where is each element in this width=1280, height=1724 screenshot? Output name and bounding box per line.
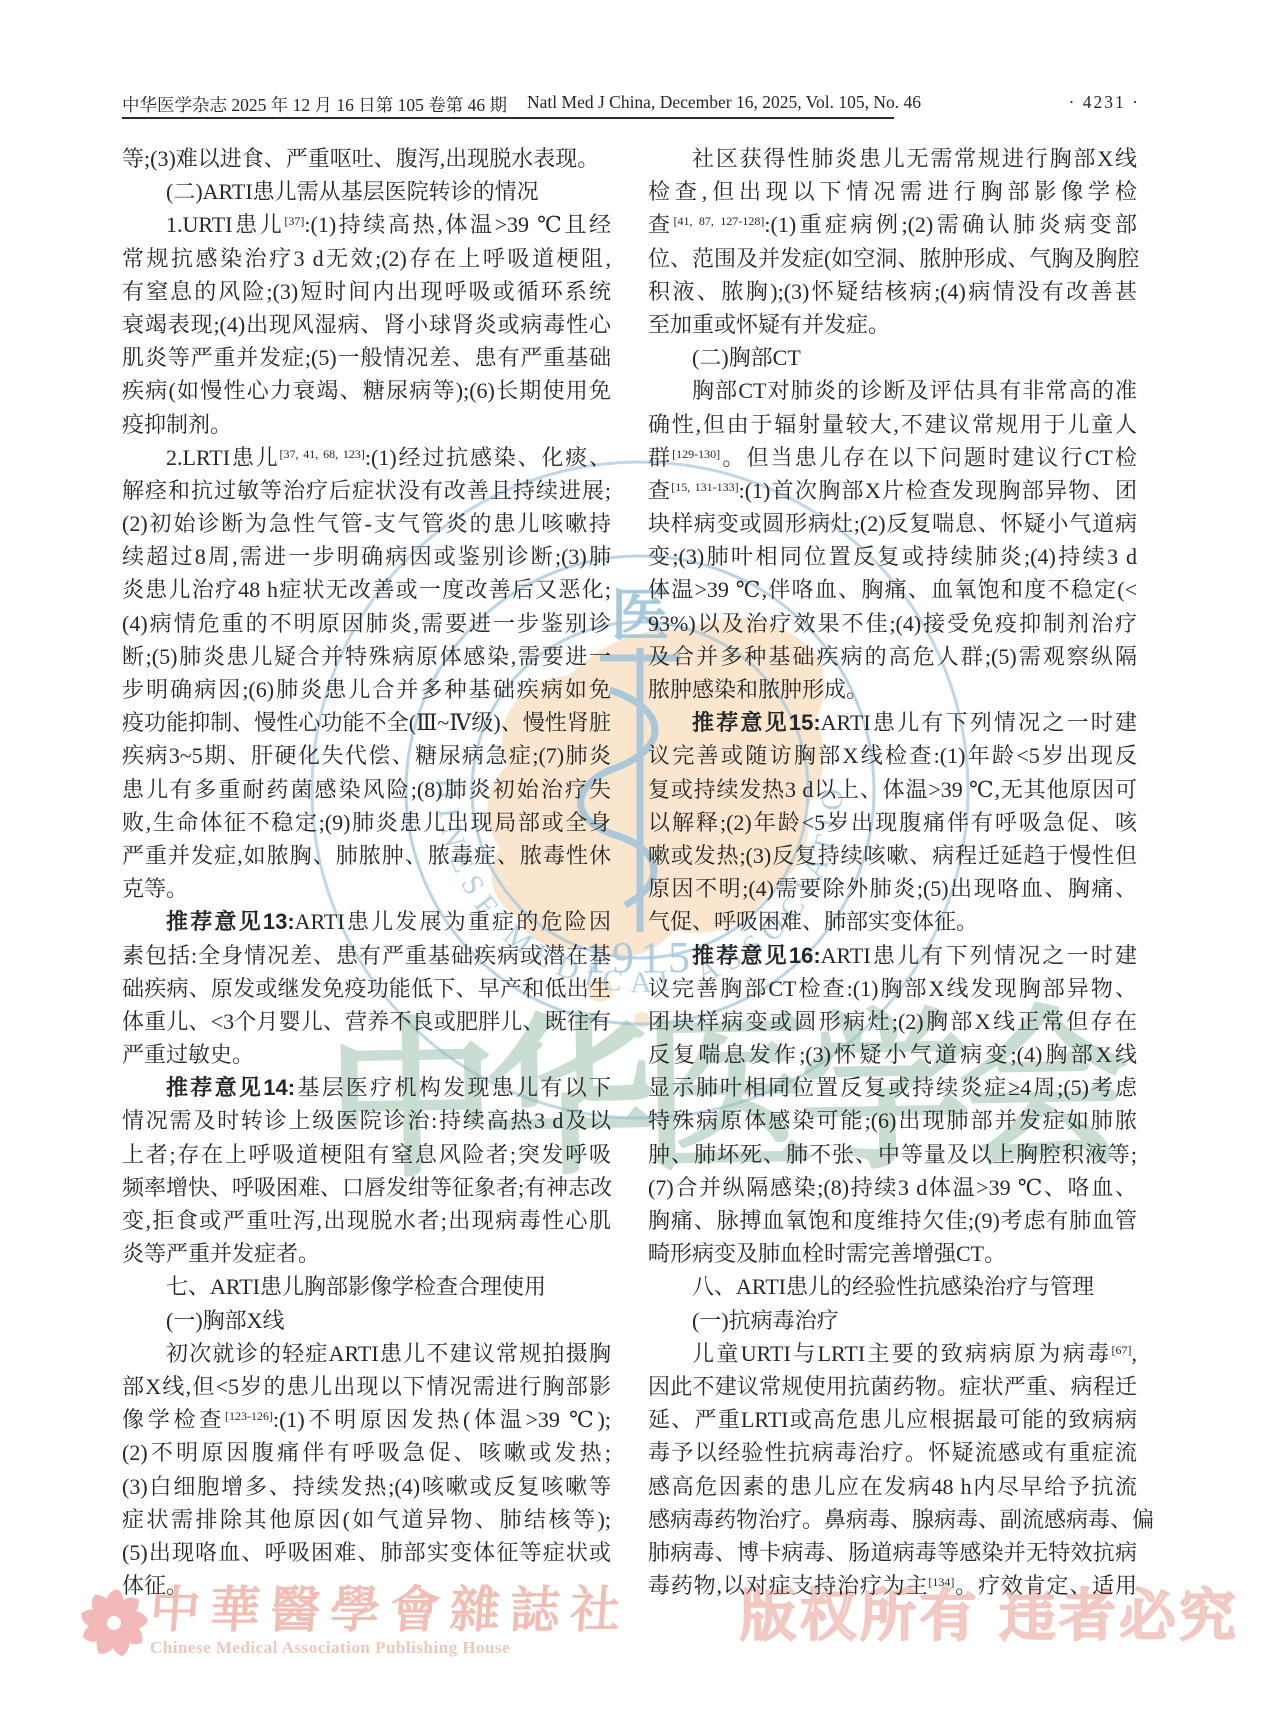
reference-superscript: [37, 41, 68, 123]	[280, 447, 365, 461]
text-run: 2.LRTI患儿	[166, 445, 280, 470]
text-line: 查[41, 87, 127-128]:(1)重症病例;(2)需确认肺炎病变部	[648, 208, 1137, 241]
text-line: 儿童URTI与LRTI主要的致病病原为病毒[67],	[648, 1337, 1137, 1370]
page-header: 中华医学杂志 2025 年 12 月 16 日第 105 卷第 46 期 Nat…	[122, 92, 1042, 117]
text-run: 断;(5)肺炎患儿疑合并特殊病原体感染,需要进一	[122, 644, 611, 669]
text-run: 解痉和抗过敏等治疗后症状没有改善且持续进展;	[122, 478, 611, 503]
text-run: (5)出现咯血、呼吸困难、肺部实变体征等症状或	[122, 1540, 611, 1565]
text-line: 体征。	[122, 1569, 611, 1602]
text-run: ARTI患儿有下列情况之一时建	[821, 943, 1137, 968]
text-line: 步明确病因;(6)肺炎患儿合并多种基础疾病如免	[122, 673, 611, 706]
text-run: 体重儿、<3个月婴儿、营养不良或肥胖儿、既往有	[122, 1009, 611, 1034]
text-run: 等;(3)难以进食、严重呕吐、腹泻,出现脱水表现。	[122, 146, 599, 171]
text-line: 部X线,但<5岁的患儿出现以下情况需进行胸部影	[122, 1370, 611, 1403]
text-run: 至加重或怀疑有并发症。	[648, 312, 890, 337]
text-line: 肿、肺坏死、肺不张、中等量及以上胸腔积液等;	[648, 1138, 1137, 1171]
text-run: 位、范围及并发症(如空洞、脓肿形成、气胸及胸腔	[648, 246, 1139, 271]
text-run: 情况需及时转诊上级医院诊治:持续高热3 d及以	[122, 1108, 611, 1133]
text-line: 炎患儿治疗48 h症状无改善或一度改善后又恶化;	[122, 573, 611, 606]
text-run: 变,拒食或严重吐泻,出现脱水者;出现病毒性心肌	[122, 1208, 611, 1233]
text-line: 毒予以经验性抗病毒治疗。怀疑流感或有重症流	[648, 1436, 1137, 1469]
text-line: 群[129-130]。但当患儿存在以下问题时建议行CT检	[648, 441, 1137, 474]
text-line: 延、严重LRTI或高危患儿应根据最可能的致病病	[648, 1403, 1137, 1436]
text-line: 疾病3~5期、肝硬化失代偿、糖尿病急症;(7)肺炎	[122, 739, 611, 772]
text-line: (二)ARTI患儿需从基层医院转诊的情况	[122, 175, 611, 208]
text-run: 础疾病、原发或继发免疫功能低下、早产和低出生	[122, 976, 611, 1001]
text-line: (二)胸部CT	[648, 341, 1137, 374]
page-number: · 4231 ·	[1069, 92, 1140, 113]
text-run: 气促、呼吸困难、肺部实变体征。	[648, 909, 978, 934]
text-line: 断;(5)肺炎患儿疑合并特殊病原体感染,需要进一	[122, 640, 611, 673]
text-line: 胸痛、脉搏血氧饱和度维持欠佳;(9)考虑有肺血管	[648, 1204, 1137, 1237]
reference-superscript: [67]	[1112, 1343, 1132, 1357]
reference-superscript: [15, 131-133]	[671, 480, 738, 494]
text-line: (2)不明原因腹痛伴有呼吸急促、咳嗽或发热;	[122, 1436, 611, 1469]
text-run: 畸形病变及肺血栓时需完善增强CT。	[648, 1241, 1006, 1266]
text-run: 群	[648, 445, 672, 470]
text-run: 1.URTI患儿	[166, 212, 284, 237]
text-line: 以解释;(2)年龄<5岁出现腹痛伴有呼吸急促、咳	[648, 806, 1137, 839]
text-run: 八、ARTI患儿的经验性抗感染治疗与管理	[692, 1274, 1094, 1299]
text-run: 及合并多种基础疾病的高危人群;(5)需观察纵隔	[648, 644, 1137, 669]
text-run: 查	[648, 212, 673, 237]
text-run: 检查,但出现以下情况需进行胸部影像学检	[648, 179, 1137, 204]
text-column-right: 社区获得性肺炎患儿无需常规进行胸部X线检查,但出现以下情况需进行胸部影像学检查[…	[648, 142, 1137, 1602]
text-line: 至加重或怀疑有并发症。	[648, 308, 1137, 341]
text-line: 块样病变或圆形病灶;(2)反复喘息、怀疑小气道病	[648, 507, 1137, 540]
text-line: 败,生命体征不稳定;(9)肺炎患儿出现局部或全身	[122, 806, 611, 839]
text-line: 感病毒药物治疗。鼻病毒、腺病毒、副流感病毒、偏	[648, 1503, 1137, 1536]
text-line: 有窒息的风险;(3)短时间内出现呼吸或循环系统	[122, 275, 611, 308]
text-line: 衰竭表现;(4)出现风湿病、肾小球肾炎或病毒性心	[122, 308, 611, 341]
text-run: (4)病情危重的不明原因肺炎,需要进一步鉴别诊	[122, 611, 611, 636]
text-line: 肺病毒、博卡病毒、肠道病毒等感染并无特效抗病	[648, 1536, 1137, 1569]
text-line: 续超过8周,需进一步明确病因或鉴别诊断;(3)肺	[122, 540, 611, 573]
text-line: 症状需排除其他原因(如气道异物、肺结核等);	[122, 1503, 611, 1536]
text-line: 脓肿感染和脓肿形成。	[648, 673, 1137, 706]
text-line: (2)初始诊断为急性气管-支气管炎的患儿咳嗽持	[122, 507, 611, 540]
text-line: 93%)以及治疗效果不佳;(4)接受免疫抑制剂治疗	[648, 607, 1137, 640]
text-line: (一)胸部X线	[122, 1304, 611, 1337]
text-run: 常规抗感染治疗3 d无效;(2)存在上呼吸道梗阻,	[122, 246, 611, 271]
text-run: (7)合并纵隔感染;(8)持续3 d体温>39 ℃、咯血、	[648, 1175, 1137, 1200]
text-run: 肌炎等严重并发症;(5)一般情况差、患有严重基础	[122, 345, 611, 370]
text-run: 败,生命体征不稳定;(9)肺炎患儿出现局部或全身	[122, 810, 611, 835]
text-run: 严重并发症,如脓胸、肺脓肿、脓毒症、脓毒性休	[122, 843, 611, 868]
text-line: 变;(3)肺叶相同位置反复或持续肺炎;(4)持续3 d	[648, 540, 1137, 573]
text-run: ,	[1132, 1341, 1138, 1366]
text-line: 毒药物,以对症支持治疗为主[134]。疗效肯定、适用	[648, 1569, 1137, 1602]
text-run: 素包括:全身情况差、患有严重基础疾病或潜在基	[122, 943, 611, 968]
text-run: 像学检查	[122, 1407, 225, 1432]
text-run: 克等。	[122, 876, 188, 901]
reference-superscript: [129-130]	[672, 447, 720, 461]
text-line: 上者;存在上呼吸道梗阻有窒息风险者;突发呼吸	[122, 1138, 611, 1171]
text-run: 七、ARTI患儿胸部影像学检查合理使用	[166, 1274, 546, 1299]
recommendation-label: 推荐意见16:	[692, 943, 821, 968]
text-run: 议完善胸部CT检查:(1)胸部X线发现胸部异物、	[648, 976, 1137, 1001]
text-run: 炎等严重并发症者。	[122, 1241, 320, 1266]
text-line: (7)合并纵隔感染;(8)持续3 d体温>39 ℃、咯血、	[648, 1171, 1137, 1204]
text-line: 严重过敏史。	[122, 1038, 611, 1071]
text-run: 初次就诊的轻症ARTI患儿不建议常规拍摄胸	[166, 1341, 611, 1366]
text-run: 有窒息的风险;(3)短时间内出现呼吸或循环系统	[122, 279, 611, 304]
text-run: 显示肺叶相同位置反复或持续炎症≥4周;(5)考虑	[648, 1075, 1137, 1100]
text-run: 肿、肺坏死、肺不张、中等量及以上胸腔积液等;	[648, 1142, 1137, 1167]
text-run: 体温>39 ℃,伴咯血、胸痛、血氧饱和度不稳定(<	[648, 577, 1137, 602]
text-run: 原因不明;(4)需要除外肺炎;(5)出现咯血、胸痛、	[648, 876, 1137, 901]
text-run: 反复喘息发作;(3)怀疑小气道病变;(4)胸部X线	[648, 1042, 1137, 1067]
text-run: 积液、脓胸);(3)怀疑结核病;(4)病情没有改善甚	[648, 279, 1137, 304]
text-line: 2.LRTI患儿[37, 41, 68, 123]:(1)经过抗感染、化痰、	[122, 441, 611, 474]
text-line: 确性,但由于辐射量较大,不建议常规用于儿童人	[648, 408, 1137, 441]
text-run: 议完善或随访胸部X线检查:(1)年龄<5岁出现反	[648, 743, 1137, 768]
reference-superscript: [37]	[284, 214, 304, 228]
text-line: 肌炎等严重并发症;(5)一般情况差、患有严重基础	[122, 341, 611, 374]
recommendation-label: 推荐意见15:	[692, 710, 821, 735]
text-line: 解痉和抗过敏等治疗后症状没有改善且持续进展;	[122, 474, 611, 507]
text-line: 嗽或发热;(3)反复持续咳嗽、病程迁延趋于慢性但	[648, 839, 1137, 872]
journal-title-cn: 中华医学杂志 2025 年 12 月 16 日第 105 卷第 46 期	[122, 92, 507, 117]
header-rule	[122, 117, 894, 119]
text-run: (二)ARTI患儿需从基层医院转诊的情况	[166, 179, 539, 204]
text-run: 步明确病因;(6)肺炎患儿合并多种基础疾病如免	[122, 677, 611, 702]
text-column-left: 等;(3)难以进食、严重呕吐、腹泻,出现脱水表现。(二)ARTI患儿需从基层医院…	[122, 142, 611, 1602]
text-run: :(1)经过抗感染、化痰、	[365, 445, 611, 470]
text-line: 推荐意见13:ARTI患儿发展为重症的危险因	[122, 905, 611, 938]
text-run: 毒药物,以对症支持治疗为主	[648, 1573, 928, 1598]
text-line: 素包括:全身情况差、患有严重基础疾病或潜在基	[122, 939, 611, 972]
text-run: 疾病3~5期、肝硬化失代偿、糖尿病急症;(7)肺炎	[122, 743, 611, 768]
text-line: 畸形病变及肺血栓时需完善增强CT。	[648, 1237, 1137, 1270]
text-line: 积液、脓胸);(3)怀疑结核病;(4)病情没有改善甚	[648, 275, 1137, 308]
text-run: 部X线,但<5岁的患儿出现以下情况需进行胸部影	[122, 1374, 611, 1399]
text-line: 像学检查[123-126]:(1)不明原因发热(体温>39 ℃);	[122, 1403, 611, 1436]
text-line: 体温>39 ℃,伴咯血、胸痛、血氧饱和度不稳定(<	[648, 573, 1137, 606]
text-line: (4)病情危重的不明原因肺炎,需要进一步鉴别诊	[122, 607, 611, 640]
text-line: 情况需及时转诊上级医院诊治:持续高热3 d及以	[122, 1104, 611, 1137]
text-run: 毒予以经验性抗病毒治疗。怀疑流感或有重症流	[648, 1440, 1137, 1465]
text-line: 八、ARTI患儿的经验性抗感染治疗与管理	[648, 1270, 1137, 1303]
text-run: 确性,但由于辐射量较大,不建议常规用于儿童人	[648, 412, 1137, 437]
journal-page: { "header": { "journal_cn": "中华医学杂志 2025…	[0, 0, 1280, 1724]
text-line: 初次就诊的轻症ARTI患儿不建议常规拍摄胸	[122, 1337, 611, 1370]
text-run: 因此不建议常规使用抗菌药物。症状严重、病程迁	[648, 1374, 1137, 1399]
recommendation-label: 推荐意见13:	[166, 909, 295, 934]
reference-superscript: [41, 87, 127-128]	[673, 214, 764, 228]
text-line: 团块样病变或圆形病灶;(2)胸部X线正常但存在	[648, 1005, 1137, 1038]
text-run: 脓肿感染和脓肿形成。	[648, 677, 868, 702]
text-line: 疫功能抑制、慢性心功能不全(Ⅲ~Ⅳ级)、慢性肾脏	[122, 706, 611, 739]
text-run: 复或持续发热3 d以上、体温>39 ℃,无其他原因可	[648, 777, 1137, 802]
text-run: 体征。	[122, 1573, 188, 1598]
text-run: (3)白细胞增多、持续发热;(4)咳嗽或反复咳嗽等	[122, 1474, 611, 1499]
text-line: 推荐意见14:基层医疗机构发现患儿有以下	[122, 1071, 611, 1104]
text-run: 疫功能抑制、慢性心功能不全(Ⅲ~Ⅳ级)、慢性肾脏	[122, 710, 611, 735]
text-run: 查	[648, 478, 671, 503]
text-run: 团块样病变或圆形病灶;(2)胸部X线正常但存在	[648, 1009, 1137, 1034]
text-run: 变;(3)肺叶相同位置反复或持续肺炎;(4)持续3 d	[648, 544, 1137, 569]
text-run: 嗽或发热;(3)反复持续咳嗽、病程迁延趋于慢性但	[648, 843, 1137, 868]
text-run: ARTI患儿发展为重症的危险因	[295, 909, 611, 934]
text-run: :(1)首次胸部X片检查发现胸部异物、团	[739, 478, 1137, 503]
text-line: 查[15, 131-133]:(1)首次胸部X片检查发现胸部异物、团	[648, 474, 1137, 507]
text-line: 炎等严重并发症者。	[122, 1237, 611, 1270]
reference-superscript: [123-126]	[225, 1409, 273, 1423]
text-line: 七、ARTI患儿胸部影像学检查合理使用	[122, 1270, 611, 1303]
text-line: 推荐意见16:ARTI患儿有下列情况之一时建	[648, 939, 1137, 972]
text-line: 因此不建议常规使用抗菌药物。症状严重、病程迁	[648, 1370, 1137, 1403]
text-line: 克等。	[122, 872, 611, 905]
text-run: 感病毒药物治疗。鼻病毒、腺病毒、副流感病毒、偏	[648, 1507, 1154, 1532]
text-line: 等;(3)难以进食、严重呕吐、腹泻,出现脱水表现。	[122, 142, 611, 175]
text-line: 础疾病、原发或继发免疫功能低下、早产和低出生	[122, 972, 611, 1005]
text-line: 常规抗感染治疗3 d无效;(2)存在上呼吸道梗阻,	[122, 242, 611, 275]
text-line: (5)出现咯血、呼吸困难、肺部实变体征等症状或	[122, 1536, 611, 1569]
text-run: 肺病毒、博卡病毒、肠道病毒等感染并无特效抗病	[648, 1540, 1137, 1565]
text-line: (3)白细胞增多、持续发热;(4)咳嗽或反复咳嗽等	[122, 1470, 611, 1503]
text-run: (一)抗病毒治疗	[692, 1308, 839, 1333]
text-line: 及合并多种基础疾病的高危人群;(5)需观察纵隔	[648, 640, 1137, 673]
text-line: 严重并发症,如脓胸、肺脓肿、脓毒症、脓毒性休	[122, 839, 611, 872]
text-run: :(1)持续高热,体温>39 ℃且经	[304, 212, 611, 237]
text-line: 胸部CT对肺炎的诊断及评估具有非常高的准	[648, 374, 1137, 407]
recommendation-label: 推荐意见14:	[166, 1075, 295, 1100]
text-line: 1.URTI患儿[37]:(1)持续高热,体温>39 ℃且经	[122, 208, 611, 241]
text-line: 感高危因素的患儿应在发病48 h内尽早给予抗流	[648, 1470, 1137, 1503]
text-line: 显示肺叶相同位置反复或持续炎症≥4周;(5)考虑	[648, 1071, 1137, 1104]
text-line: 特殊病原体感染可能;(6)出现肺部并发症如肺脓	[648, 1104, 1137, 1137]
text-run: 胸部CT对肺炎的诊断及评估具有非常高的准	[692, 378, 1137, 403]
text-line: 议完善胸部CT检查:(1)胸部X线发现胸部异物、	[648, 972, 1137, 1005]
publisher-english-watermark: Chinese Medical Association Publishing H…	[150, 1638, 510, 1658]
text-run: 衰竭表现;(4)出现风湿病、肾小球肾炎或病毒性心	[122, 312, 611, 337]
text-line: 患儿有多重耐药菌感染风险;(8)肺炎初始治疗失	[122, 773, 611, 806]
text-line: 检查,但出现以下情况需进行胸部影像学检	[648, 175, 1137, 208]
text-line: (一)抗病毒治疗	[648, 1304, 1137, 1337]
text-run: 炎患儿治疗48 h症状无改善或一度改善后又恶化;	[122, 577, 611, 602]
text-line: 疫抑制剂。	[122, 408, 611, 441]
text-run: 上者;存在上呼吸道梗阻有窒息风险者;突发呼吸	[122, 1142, 611, 1167]
journal-title-en: Natl Med J China, December 16, 2025, Vol…	[527, 92, 921, 117]
text-run: 胸痛、脉搏血氧饱和度维持欠佳;(9)考虑有肺血管	[648, 1208, 1137, 1233]
text-run: (2)初始诊断为急性气管-支气管炎的患儿咳嗽持	[122, 511, 611, 536]
text-run: 疫抑制剂。	[122, 412, 232, 437]
text-line: 气促、呼吸困难、肺部实变体征。	[648, 905, 1137, 938]
text-line: 复或持续发热3 d以上、体温>39 ℃,无其他原因可	[648, 773, 1137, 806]
text-run: 特殊病原体感染可能;(6)出现肺部并发症如肺脓	[648, 1108, 1137, 1133]
text-run: 频率增快、呼吸困难、口唇发绀等征象者;有神志改	[122, 1175, 612, 1200]
reference-superscript: [134]	[928, 1575, 954, 1589]
text-run: 症状需排除其他原因(如气道异物、肺结核等);	[122, 1507, 611, 1532]
text-run: 块样病变或圆形病灶;(2)反复喘息、怀疑小气道病	[648, 511, 1137, 536]
text-line: 反复喘息发作;(3)怀疑小气道病变;(4)胸部X线	[648, 1038, 1137, 1071]
text-run: :(1)重症病例;(2)需确认肺炎病变部	[764, 212, 1137, 237]
text-line: 推荐意见15:ARTI患儿有下列情况之一时建	[648, 706, 1137, 739]
text-run: 感高危因素的患儿应在发病48 h内尽早给予抗流	[648, 1474, 1137, 1499]
text-run: 儿童URTI与LRTI主要的致病病原为病毒	[692, 1341, 1112, 1366]
text-run: (2)不明原因腹痛伴有呼吸急促、咳嗽或发热;	[122, 1440, 611, 1465]
text-line: 变,拒食或严重吐泻,出现脱水者;出现病毒性心肌	[122, 1204, 611, 1237]
text-run: 。疗效肯定、适用	[954, 1573, 1137, 1598]
text-line: 频率增快、呼吸困难、口唇发绀等征象者;有神志改	[122, 1171, 611, 1204]
text-run: 。但当患儿存在以下问题时建议行CT检	[720, 445, 1137, 470]
text-line: 社区获得性肺炎患儿无需常规进行胸部X线	[648, 142, 1137, 175]
text-run: 基层医疗机构发现患儿有以下	[295, 1075, 611, 1100]
text-line: 位、范围及并发症(如空洞、脓肿形成、气胸及胸腔	[648, 242, 1137, 275]
text-run: 延、严重LRTI或高危患儿应根据最可能的致病病	[648, 1407, 1137, 1432]
text-run: 以解释;(2)年龄<5岁出现腹痛伴有呼吸急促、咳	[648, 810, 1137, 835]
text-run: 93%)以及治疗效果不佳;(4)接受免疫抑制剂治疗	[648, 611, 1137, 636]
text-line: 疾病(如慢性心力衰竭、糖尿病等);(6)长期使用免	[122, 374, 611, 407]
text-run: 社区获得性肺炎患儿无需常规进行胸部X线	[692, 146, 1137, 171]
text-run: ARTI患儿有下列情况之一时建	[821, 710, 1137, 735]
text-run: 严重过敏史。	[122, 1042, 254, 1067]
text-line: 体重儿、<3个月婴儿、营养不良或肥胖儿、既往有	[122, 1005, 611, 1038]
text-run: 续超过8周,需进一步明确病因或鉴别诊断;(3)肺	[122, 544, 611, 569]
text-run: (二)胸部CT	[692, 345, 801, 370]
text-line: 原因不明;(4)需要除外肺炎;(5)出现咯血、胸痛、	[648, 872, 1137, 905]
text-line: 议完善或随访胸部X线检查:(1)年龄<5岁出现反	[648, 739, 1137, 772]
text-run: 疾病(如慢性心力衰竭、糖尿病等);(6)长期使用免	[122, 378, 611, 403]
text-run: :(1)不明原因发热(体温>39 ℃);	[273, 1407, 611, 1432]
text-run: (一)胸部X线	[166, 1308, 285, 1333]
text-run: 患儿有多重耐药菌感染风险;(8)肺炎初始治疗失	[122, 777, 611, 802]
